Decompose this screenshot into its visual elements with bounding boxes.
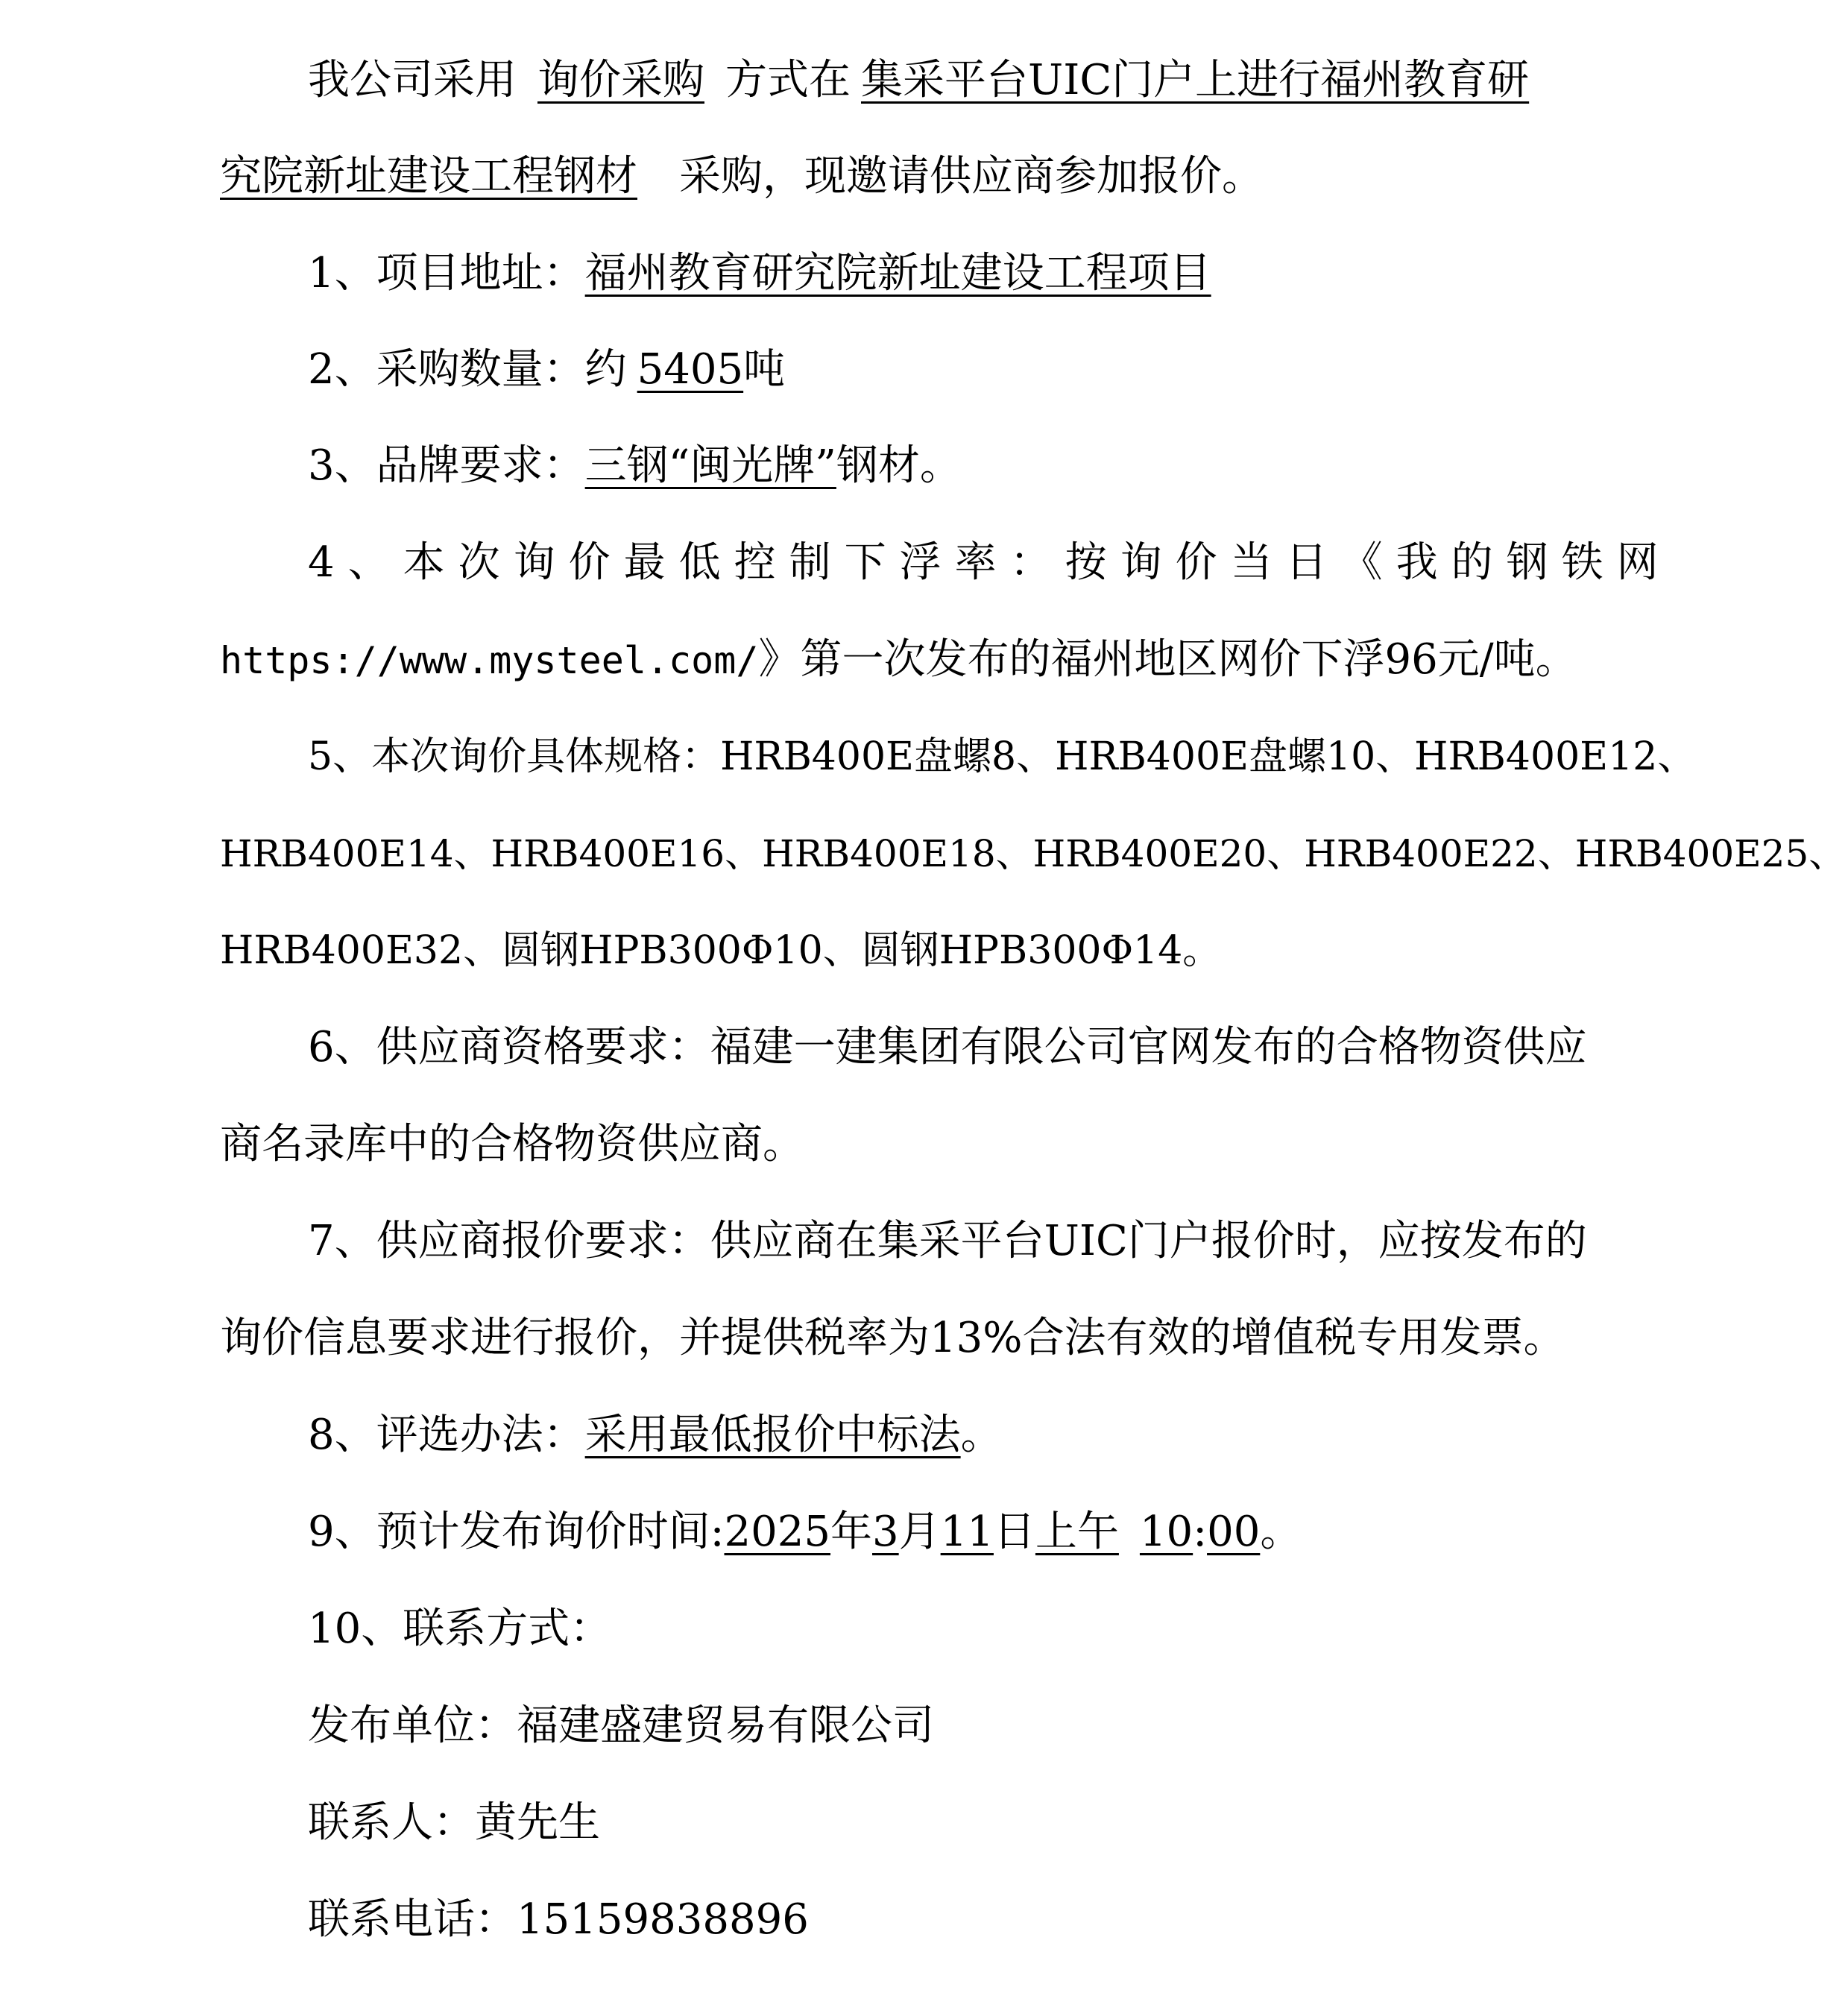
- publish-year: 2025: [725, 1508, 831, 1556]
- intro-prefix: 我公司采用: [308, 56, 517, 104]
- project-address-label: 1、项目地址：: [308, 249, 585, 297]
- publish-minute: 00: [1207, 1508, 1260, 1556]
- brand-value: 三钢“闽光牌”: [585, 441, 836, 490]
- contact-publisher: 发布单位：福建盛建贸易有限公司: [308, 1678, 934, 1775]
- person-value: 黄先生: [475, 1798, 600, 1847]
- brand-label: 3、品牌要求：: [308, 441, 585, 490]
- project-address-value: 福州教育研究院新址建设工程项目: [585, 249, 1211, 297]
- float-rate-line-2: https://www.mysteel.com/》第一次发布的福州地区网价下浮9…: [220, 611, 1577, 708]
- quantity-value: 5405: [637, 345, 744, 394]
- day-unit: 日: [994, 1508, 1035, 1556]
- contact-phone: 联系电话：15159838896: [308, 1871, 809, 1968]
- year-unit: 年: [830, 1508, 872, 1556]
- specs-line-1: 5、本次询价具体规格：HRB400E盘螺8、HRB400E盘螺10、HRB400…: [308, 708, 1696, 805]
- intro-suffix: 采购，现邀请供应商参加报价。: [679, 152, 1264, 201]
- item-evaluation: 8、评选办法：采用最低报价中标法。: [308, 1387, 1003, 1484]
- publisher-label: 发布单位：: [308, 1701, 517, 1750]
- platform-project-line-1: 集采平台UIC门户上进行福州教育研: [851, 56, 1529, 104]
- phone-label: 联系电话：: [308, 1895, 517, 1944]
- item-brand: 3、品牌要求：三钢“闽光牌”钢材。: [308, 418, 962, 514]
- specs-line-3: HRB400E32、圆钢HPB300Φ10、圆钢HPB300Φ14。: [220, 902, 1221, 999]
- brand-suffix: 钢材。: [836, 441, 962, 490]
- quantity-unit: 吨: [743, 345, 785, 394]
- evaluation-label: 8、评选办法：: [308, 1411, 585, 1459]
- mysteel-url: https://www.mysteel.com/: [220, 639, 758, 682]
- quantity-label: 2、采购数量：约: [308, 345, 627, 394]
- publish-month: 3: [872, 1508, 899, 1556]
- quote-requirements-line-2: 询价信息要求进行报价，并提供税率为13%合法有效的增值税专用发票。: [220, 1290, 1565, 1387]
- specs-line-2: HRB400E14、HRB400E16、HRB400E18、HRB400E20、…: [220, 805, 1846, 902]
- intro-line-1: 我公司采用询价采购方式在集采平台UIC门户上进行福州教育研: [308, 32, 1529, 129]
- publish-day: 11: [941, 1508, 994, 1556]
- publish-hour: 10: [1140, 1508, 1193, 1556]
- contact-heading: 10、联系方式：: [308, 1581, 611, 1678]
- contact-person: 联系人：黄先生: [308, 1775, 600, 1871]
- item-project-address: 1、项目地址：福州教育研究院新址建设工程项目: [308, 225, 1211, 322]
- float-rate-rest: 》第一次发布的福州地区网价下浮96元/吨。: [758, 635, 1577, 684]
- publish-time-end: 。: [1260, 1508, 1302, 1556]
- qualification-line-1: 6、供应商资格要求：福建一建集团有限公司官网发布的合格物资供应: [308, 999, 1587, 1096]
- item-quantity: 2、采购数量：约5405吨: [308, 321, 785, 418]
- person-label: 联系人：: [308, 1798, 475, 1847]
- qualification-line-2: 商名录库中的合格物资供应商。: [220, 1096, 804, 1193]
- platform-project-line-2: 究院新址建设工程钢材: [220, 152, 679, 201]
- float-rate-line-1: 4、本次询价最低控制下浮率：按询价当日《我的钢铁网: [308, 514, 1626, 611]
- publish-time-label: 9、预计发布询价时间:: [308, 1508, 725, 1556]
- procurement-method: 询价采购: [517, 56, 725, 104]
- evaluation-suffix: 。: [961, 1411, 1003, 1459]
- quote-requirements-line-1: 7、供应商报价要求：供应商在集采平台UIC门户报价时，应按发布的: [308, 1193, 1587, 1290]
- time-colon: :: [1193, 1508, 1207, 1556]
- intro-line-2: 究院新址建设工程钢材采购，现邀请供应商参加报价。: [220, 128, 1264, 225]
- intro-mid: 方式在: [725, 56, 851, 104]
- month-unit: 月: [899, 1508, 941, 1556]
- evaluation-value: 采用最低报价中标法: [585, 1411, 961, 1459]
- publisher-value: 福建盛建贸易有限公司: [517, 1701, 934, 1750]
- publish-period: 上午: [1035, 1508, 1119, 1556]
- phone-value: 15159838896: [517, 1895, 809, 1944]
- item-publish-time: 9、预计发布询价时间:2025年3月11日上午10:00。: [308, 1484, 1302, 1581]
